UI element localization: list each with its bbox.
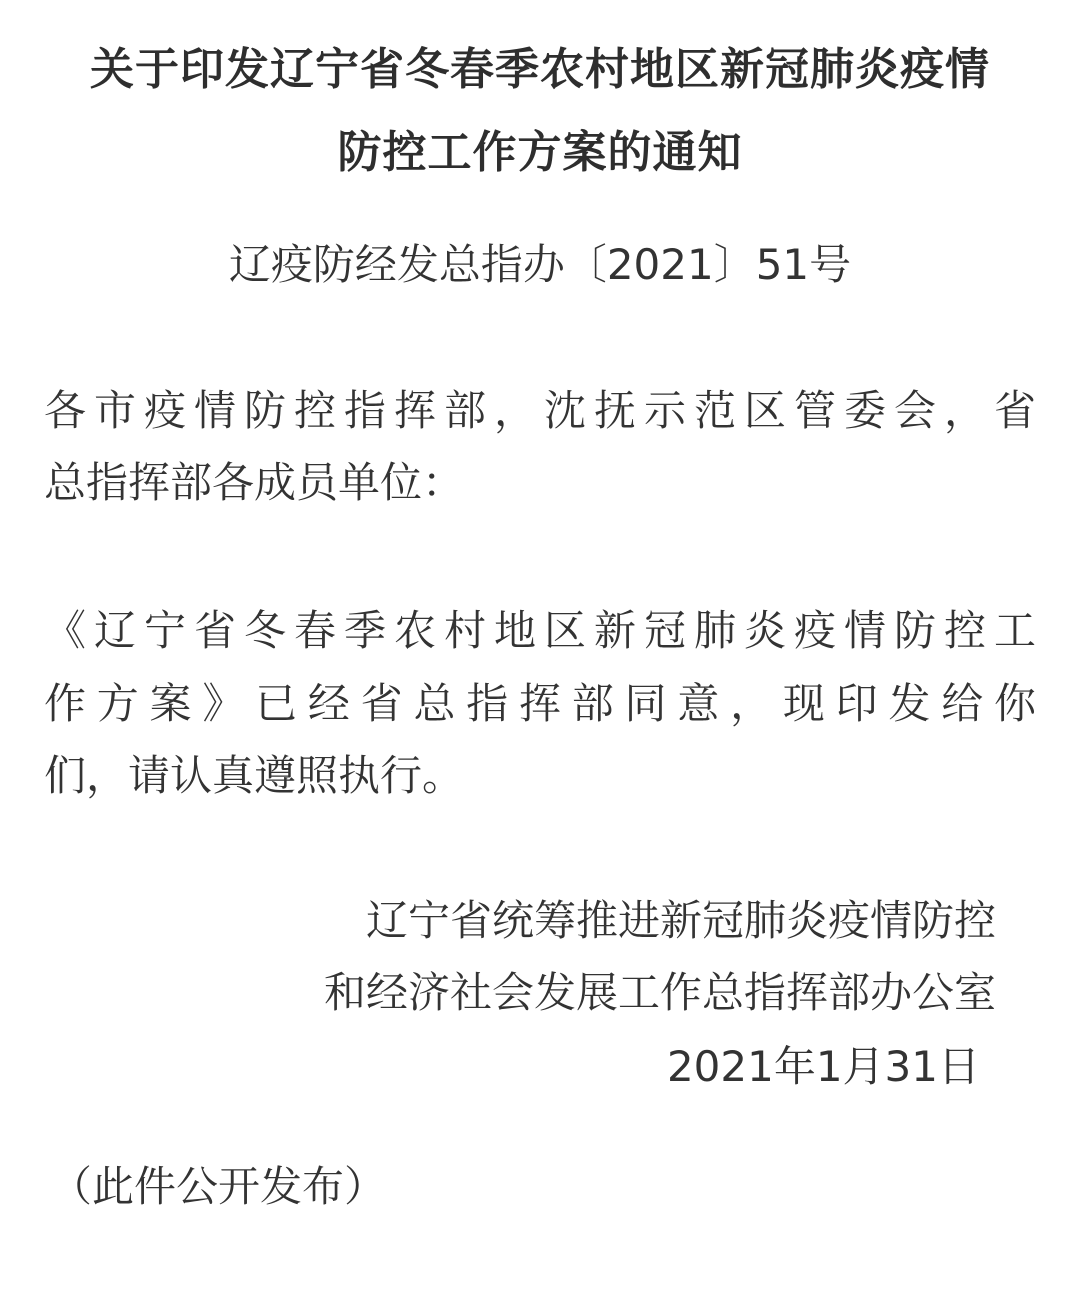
body-line-3: 们，请认真遵照执行。 <box>44 755 1036 797</box>
signature-line-1: 辽宁省统筹推进新冠肺炎疫情防控 <box>366 900 996 942</box>
body-line-1: 《辽宁省冬春季农村地区新冠肺炎疫情防控工 <box>44 610 1036 652</box>
document-title-line-1: 关于印发辽宁省冬春季农村地区新冠肺炎疫情 <box>0 48 1080 92</box>
document-number: 辽疫防经发总指办〔2021〕51号 <box>0 244 1080 286</box>
addressee-line-2: 总指挥部各成员单位： <box>44 462 1036 504</box>
addressee-line-1: 各市疫情防控指挥部，沈抚示范区管委会，省 <box>44 390 1036 432</box>
body-line-2: 作方案》已经省总指挥部同意，现印发给你 <box>44 683 1036 725</box>
document-title-line-2: 防控工作方案的通知 <box>0 131 1080 175</box>
public-release-note: （此件公开发布） <box>50 1166 1042 1208</box>
signature-line-2: 和经济社会发展工作总指挥部办公室 <box>324 972 996 1014</box>
document-date: 2021年1月31日 <box>667 1046 980 1088</box>
